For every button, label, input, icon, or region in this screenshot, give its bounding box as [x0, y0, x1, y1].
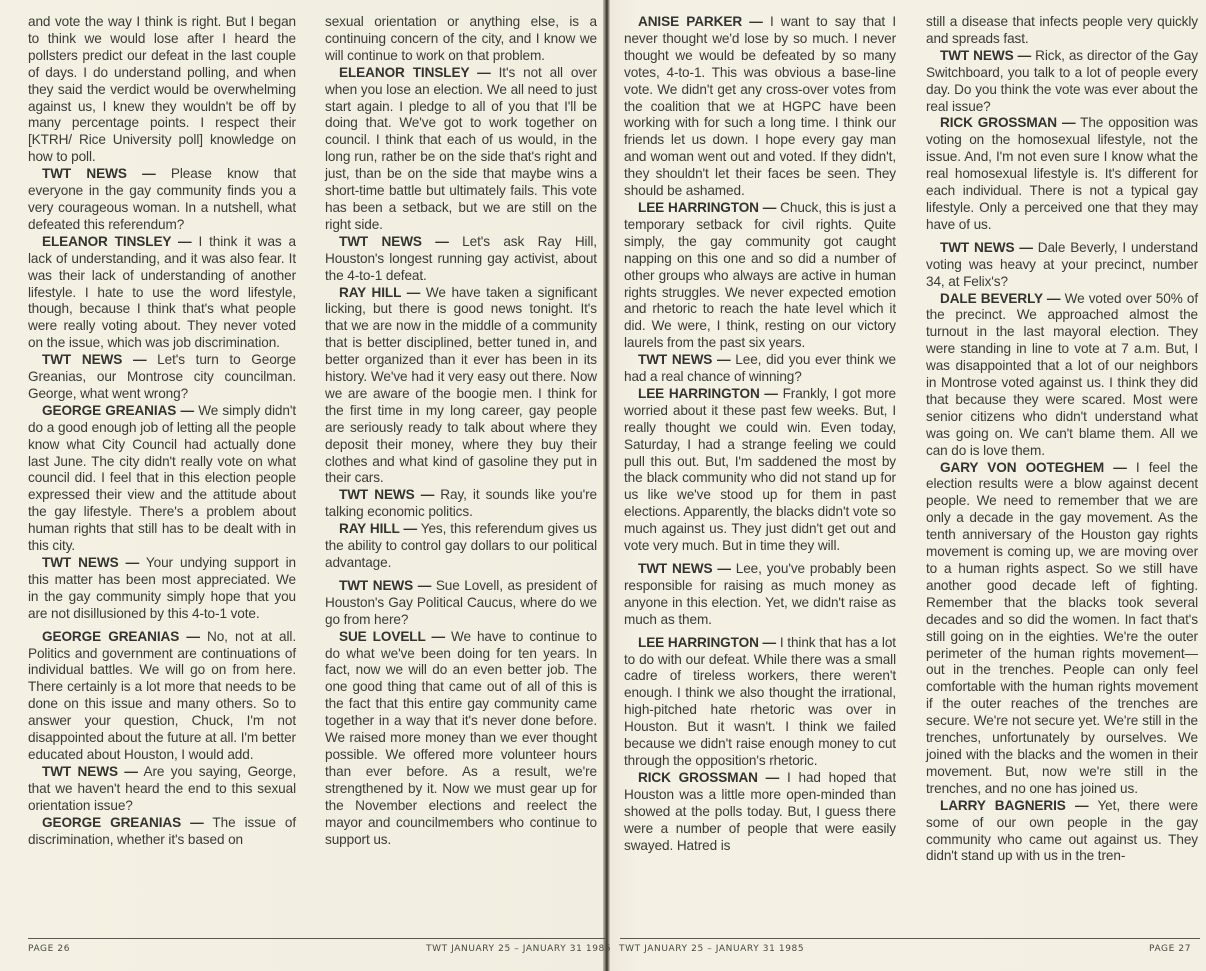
issue-date-left: TWT JANUARY 25 – JANUARY 31 1985 — [426, 944, 611, 954]
speaker-label: SUE LOVELL — — [339, 629, 445, 644]
paragraph: LEE HARRINGTON — Frankly, I got more wor… — [624, 386, 896, 555]
speaker-label: DALE BEVERLY — — [940, 291, 1060, 306]
column-4: still a disease that infects people very… — [926, 14, 1198, 865]
paragraph: TWT NEWS — Lee, did you ever think we ha… — [624, 352, 896, 386]
speaker-label: ANISE PARKER — — [638, 14, 763, 29]
speaker-label: GEORGE GREANIAS — — [42, 403, 194, 418]
speaker-label: GEORGE GREANIAS — — [42, 629, 200, 644]
speaker-label: ELEANOR TINSLEY — — [339, 65, 491, 80]
paragraph: RAY HILL — Yes, this referendum gives us… — [325, 521, 597, 572]
paragraph: TWT NEWS — Sue Lovell, as president of H… — [325, 578, 597, 629]
paragraph: LEE HARRINGTON — Chuck, this is just a t… — [624, 200, 896, 352]
column-3: ANISE PARKER — I want to say that I neve… — [624, 14, 896, 854]
speaker-label: LEE HARRINGTON — — [638, 200, 776, 215]
paragraph: ANISE PARKER — I want to say that I neve… — [624, 14, 896, 200]
speaker-label: TWT NEWS — — [638, 561, 731, 576]
paragraph: TWT NEWS — Rick, as director of the Gay … — [926, 48, 1198, 116]
paragraph: still a disease that infects people very… — [926, 14, 1198, 48]
footer-rule-right — [620, 938, 1200, 939]
paragraph: RICK GROSSMAN — The opposition was votin… — [926, 115, 1198, 233]
paragraph: GARY VON OOTEGHEM — I feel the election … — [926, 460, 1198, 798]
paragraph: TWT NEWS — Let's turn to George Greanias… — [28, 352, 296, 403]
speaker-label: TWT NEWS — — [42, 764, 138, 779]
paragraph: GEORGE GREANIAS — No, not at all. Politi… — [28, 629, 296, 764]
binding-gutter — [603, 0, 610, 971]
paragraph: TWT NEWS — Your undying support in this … — [28, 555, 296, 623]
speaker-label: TWT NEWS — — [940, 48, 1031, 63]
paragraph: TWT NEWS — Please know that everyone in … — [28, 166, 296, 234]
speaker-label: LEE HARRINGTON — — [638, 386, 778, 401]
paragraph: GEORGE GREANIAS — We simply didn't do a … — [28, 403, 296, 555]
page-number-right: PAGE 27 — [1149, 944, 1191, 954]
paragraph: LEE HARRINGTON — I think that has a lot … — [624, 635, 896, 770]
paragraph: sexual orientation or anything else, is … — [325, 14, 597, 65]
speaker-label: GEORGE GREANIAS — — [42, 815, 204, 830]
speaker-label: RAY HILL — — [339, 285, 420, 300]
page-number-left: PAGE 26 — [28, 944, 70, 954]
paragraph: TWT NEWS — Are you saying, George, that … — [28, 764, 296, 815]
paragraph: GEORGE GREANIAS — The issue of discrimin… — [28, 815, 296, 849]
paragraph: DALE BEVERLY — We voted over 50% of the … — [926, 291, 1198, 460]
paragraph: TWT NEWS — Let's ask Ray Hill, Houston's… — [325, 234, 597, 285]
speaker-label: RICK GROSSMAN — — [940, 115, 1075, 130]
column-2: sexual orientation or anything else, is … — [325, 14, 597, 848]
paragraph: LARRY BAGNERIS — Yet, there were some of… — [926, 798, 1198, 866]
paragraph: RICK GROSSMAN — I had hoped that Houston… — [624, 770, 896, 855]
paragraph: TWT NEWS — Dale Beverly, I understand vo… — [926, 240, 1198, 291]
speaker-label: GARY VON OOTEGHEM — — [940, 460, 1127, 475]
speaker-label: TWT NEWS — — [42, 352, 146, 367]
speaker-label: TWT NEWS — — [339, 487, 434, 502]
speaker-label: TWT NEWS — — [638, 352, 731, 367]
speaker-label: ELEANOR TINSLEY — — [42, 234, 192, 249]
speaker-label: RICK GROSSMAN — — [638, 770, 779, 785]
paragraph: TWT NEWS — Lee, you've probably been res… — [624, 561, 896, 629]
speaker-label: LEE HARRINGTON — — [638, 635, 776, 650]
paragraph: ELEANOR TINSLEY — It's not all over when… — [325, 65, 597, 234]
paragraph: ELEANOR TINSLEY — I think it was a lack … — [28, 234, 296, 352]
paragraph: RAY HILL — We have taken a significant l… — [325, 285, 597, 488]
speaker-label: TWT NEWS — — [42, 166, 156, 181]
speaker-label: RAY HILL — — [339, 521, 417, 536]
paragraph: TWT NEWS — Ray, it sounds like you're ta… — [325, 487, 597, 521]
speaker-label: TWT NEWS — — [339, 234, 449, 249]
column-1: and vote the way I think is right. But I… — [28, 14, 296, 848]
speaker-label: TWT NEWS — — [42, 555, 139, 570]
magazine-spread: and vote the way I think is right. But I… — [0, 0, 1206, 971]
issue-date-right: TWT JANUARY 25 – JANUARY 31 1985 — [619, 944, 804, 954]
paragraph: and vote the way I think is right. But I… — [28, 14, 296, 166]
footer-rule-left — [28, 938, 606, 939]
speaker-label: TWT NEWS — — [940, 240, 1033, 255]
speaker-label: LARRY BAGNERIS — — [940, 798, 1088, 813]
paragraph: SUE LOVELL — We have to continue to do w… — [325, 629, 597, 849]
speaker-label: TWT NEWS — — [339, 578, 431, 593]
